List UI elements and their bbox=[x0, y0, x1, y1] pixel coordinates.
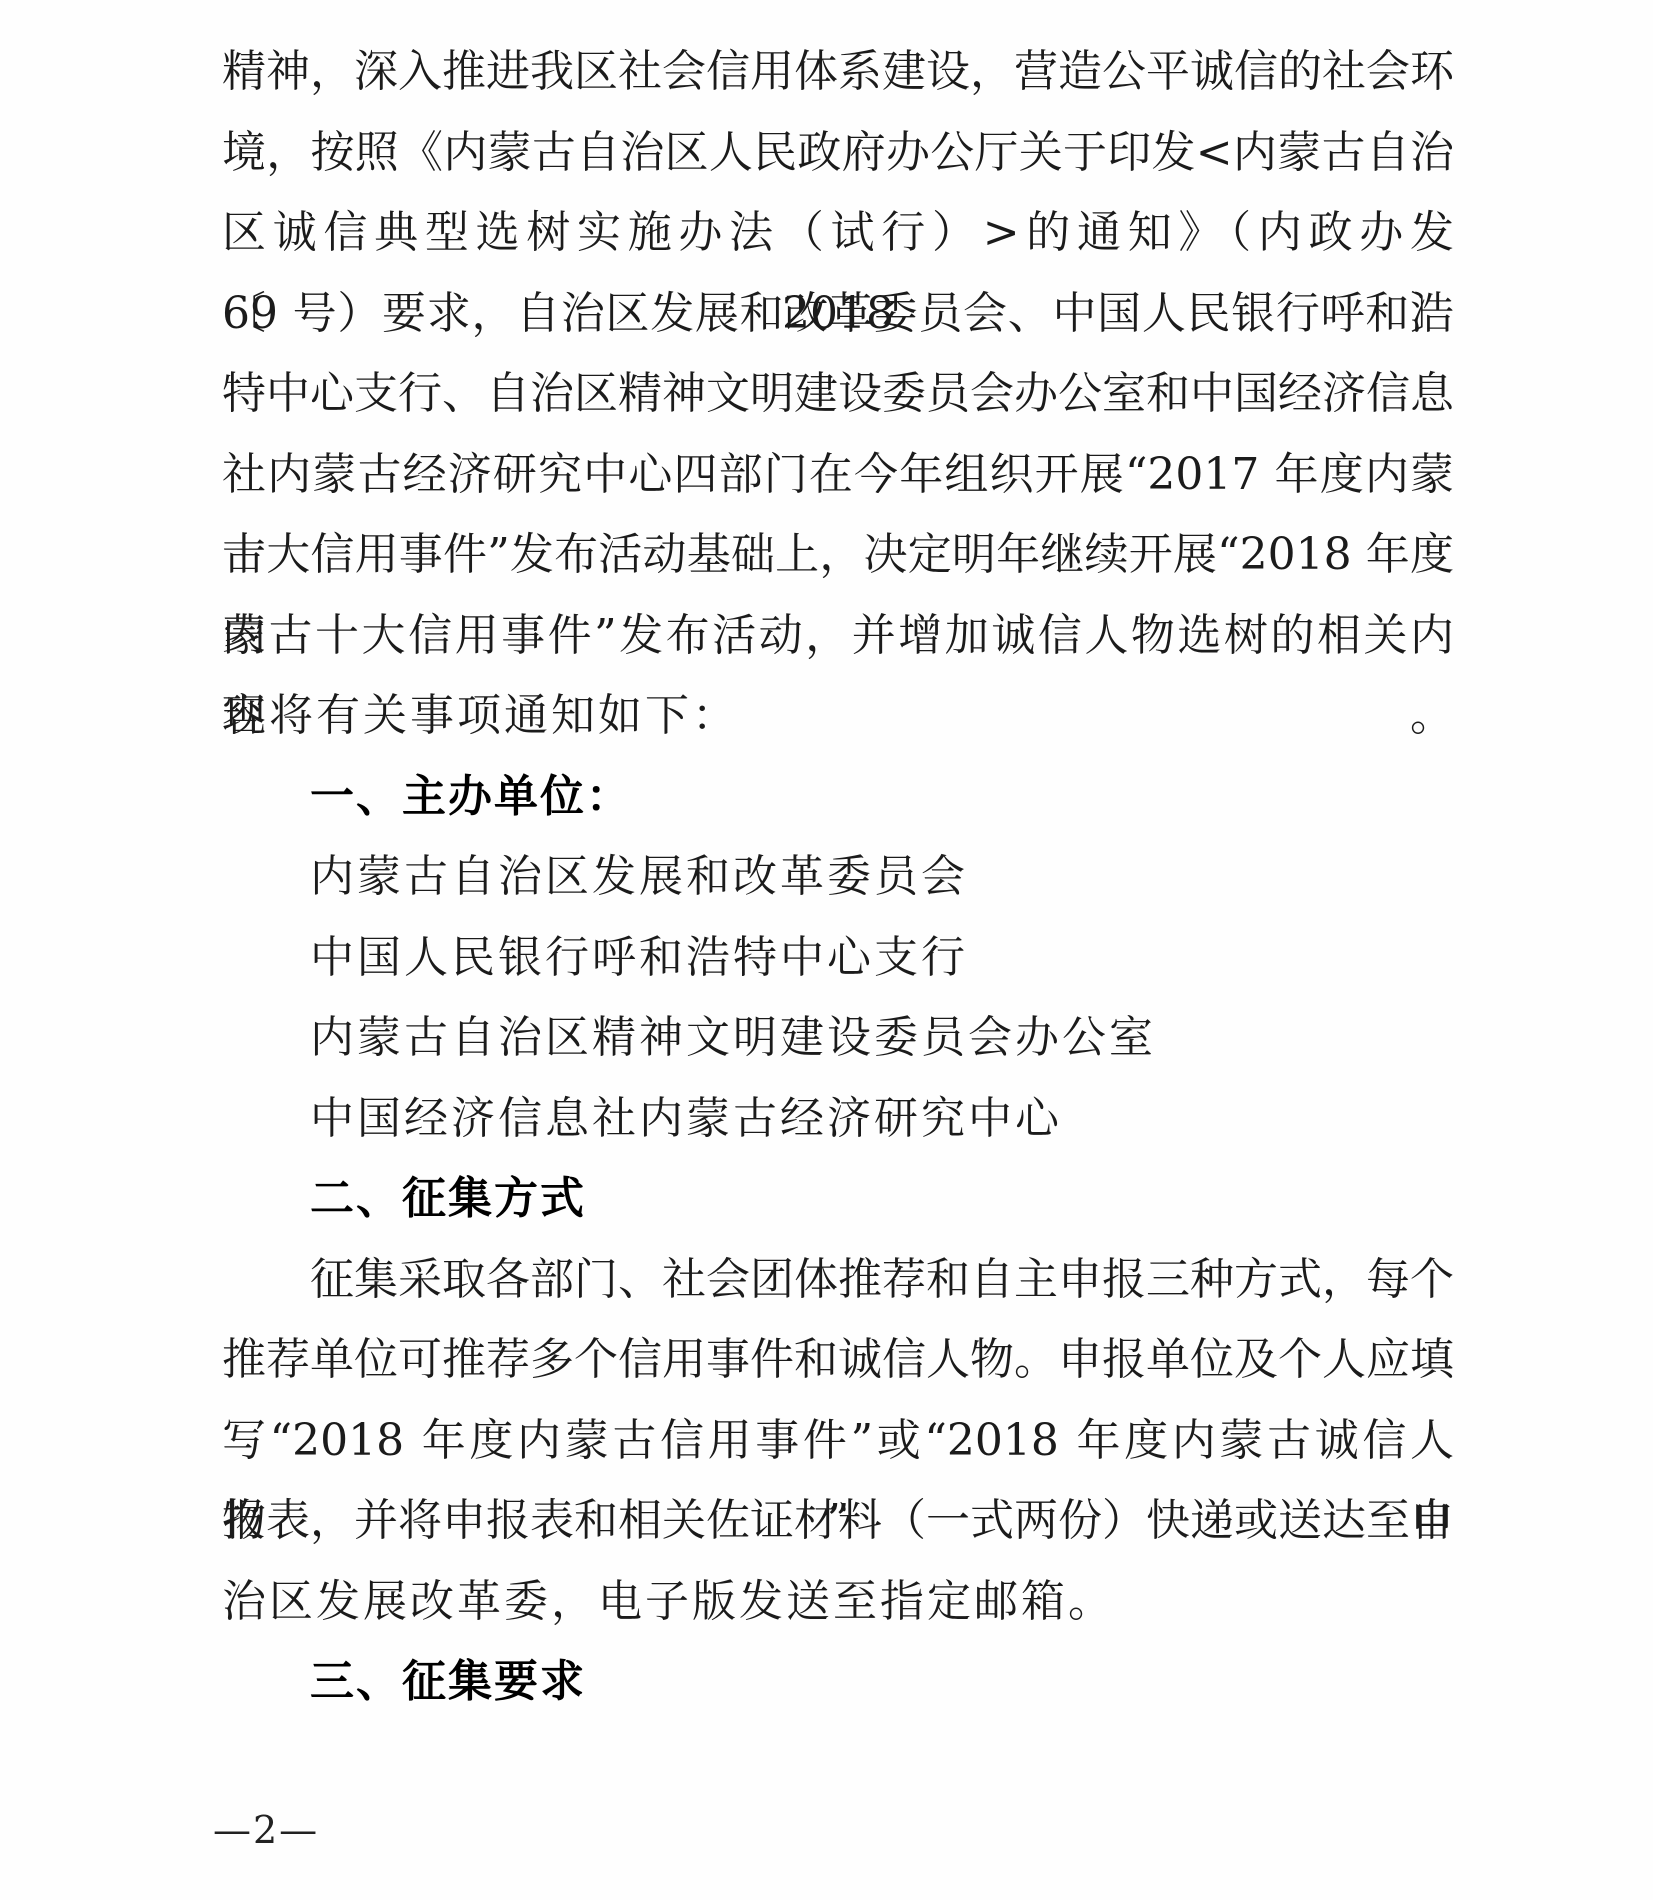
notice-body: 精神，深入推进我区社会信用体系建设，营造公平诚信的社会环 境，按照《内蒙古自治区… bbox=[222, 32, 1454, 1723]
intro-line: 十大信用事件”发布活动基础上，决定明年继续开展“2018 年度内 bbox=[222, 515, 1454, 596]
section2-line: 推荐单位可推荐多个信用事件和诚信人物。申报单位及个人应填 bbox=[222, 1320, 1454, 1401]
section3-heading: 三、征集要求 bbox=[222, 1642, 1454, 1723]
section2-line: 征集采取各部门、社会团体推荐和自主申报三种方式，每个 bbox=[222, 1240, 1454, 1321]
section2-line: 报表，并将申报表和相关佐证材料（一式两份）快递或送达至自 bbox=[222, 1481, 1454, 1562]
section2-line: 写“2018 年度内蒙古信用事件”或“2018 年度内蒙古诚信人物”申 bbox=[222, 1401, 1454, 1482]
section2-line: 治区发展改革委，电子版发送至指定邮箱。 bbox=[222, 1562, 1454, 1643]
intro-line: 蒙古十大信用事件”发布活动，并增加诚信人物选树的相关内容。 bbox=[222, 596, 1454, 677]
document-page: 精神，深入推进我区社会信用体系建设，营造公平诚信的社会环 境，按照《内蒙古自治区… bbox=[0, 0, 1653, 1900]
intro-line: 精神，深入推进我区社会信用体系建设，营造公平诚信的社会环 bbox=[222, 32, 1454, 113]
section2-heading: 二、征集方式 bbox=[222, 1159, 1454, 1240]
organizer-item: 中国人民银行呼和浩特中心支行 bbox=[222, 918, 1454, 999]
intro-line: 社内蒙古经济研究中心四部门在今年组织开展“2017 年度内蒙古 bbox=[222, 435, 1454, 516]
organizer-item: 内蒙古自治区发展和改革委员会 bbox=[222, 837, 1454, 918]
section1-heading: 一、主办单位： bbox=[222, 757, 1454, 838]
intro-line: 区诚信典型选树实施办法（试行）>的通知》（内政办发〔2018〕 bbox=[222, 193, 1454, 274]
organizer-item: 内蒙古自治区精神文明建设委员会办公室 bbox=[222, 998, 1454, 1079]
intro-line: 特中心支行、自治区精神文明建设委员会办公室和中国经济信息 bbox=[222, 354, 1454, 435]
intro-line: 69 号）要求，自治区发展和改革委员会、中国人民银行呼和浩 bbox=[222, 274, 1454, 355]
page-number: —2— bbox=[213, 1808, 319, 1852]
intro-line: 境，按照《内蒙古自治区人民政府办公厅关于印发<内蒙古自治 bbox=[222, 113, 1454, 194]
organizer-item: 中国经济信息社内蒙古经济研究中心 bbox=[222, 1079, 1454, 1160]
